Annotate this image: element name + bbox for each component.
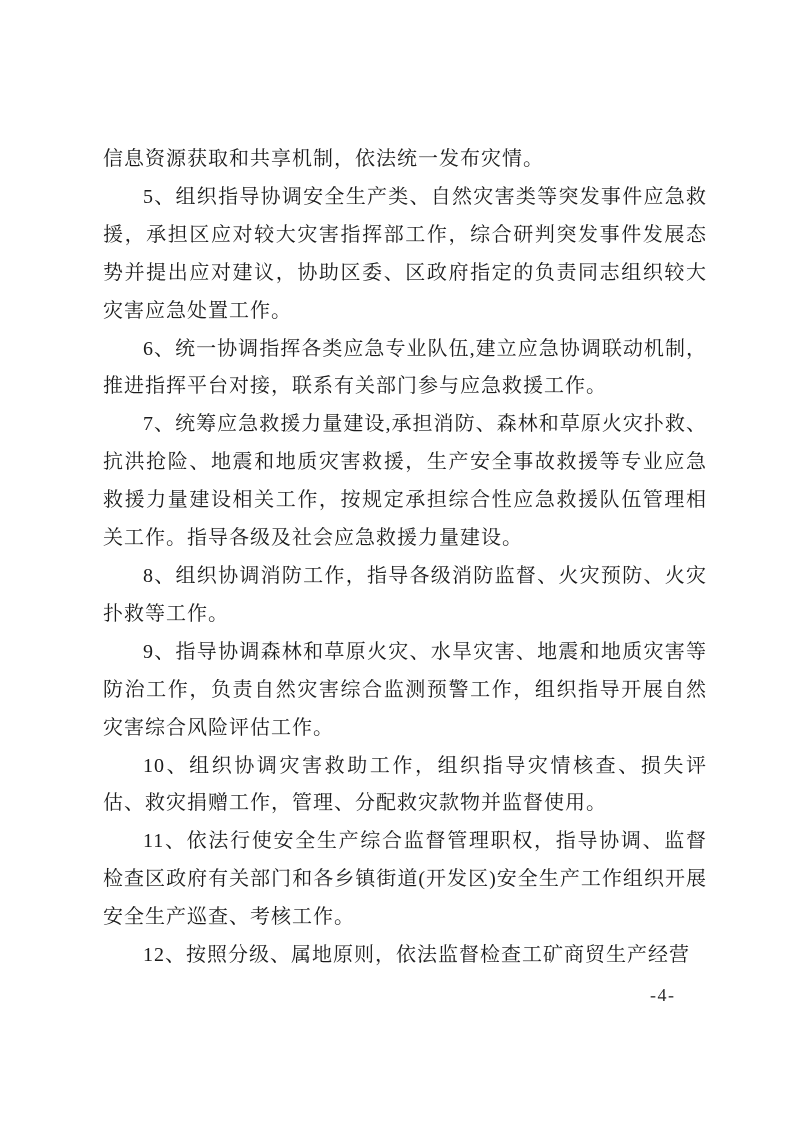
paragraph-item-7: 7、统筹应急救援力量建设,承担消防、森林和草原火灾扑救、抗洪抢险、地震和地质灾害… (103, 406, 707, 558)
paragraph-item-6: 6、统一协调指挥各类应急专业队伍,建立应急协调联动机制，推进指挥平台对接，联系有… (103, 331, 707, 407)
paragraph-continuation: 信息资源获取和共享机制，依法统一发布灾情。 (103, 141, 707, 179)
document-body: 信息资源获取和共享机制，依法统一发布灾情。 5、组织指导协调安全生产类、自然灾害… (103, 141, 707, 975)
paragraph-item-8: 8、组织协调消防工作，指导各级消防监督、火灾预防、火灾扑救等工作。 (103, 558, 707, 634)
paragraph-item-12: 12、按照分级、属地原则，依法监督检查工矿商贸生产经营 (103, 937, 707, 975)
document-page: 信息资源获取和共享机制，依法统一发布灾情。 5、组织指导协调安全生产类、自然灾害… (0, 0, 793, 1122)
paragraph-item-5: 5、组织指导协调安全生产类、自然灾害类等突发事件应急救援，承担区应对较大灾害指挥… (103, 179, 707, 331)
page-number: -4- (650, 985, 676, 1006)
paragraph-item-10: 10、组织协调灾害救助工作，组织指导灾情核查、损失评估、救灾捐赠工作，管理、分配… (103, 748, 707, 824)
paragraph-item-9: 9、指导协调森林和草原火灾、水旱灾害、地震和地质灾害等防治工作，负责自然灾害综合… (103, 634, 707, 748)
paragraph-item-11: 11、依法行使安全生产综合监督管理职权，指导协调、监督检查区政府有关部门和各乡镇… (103, 823, 707, 937)
